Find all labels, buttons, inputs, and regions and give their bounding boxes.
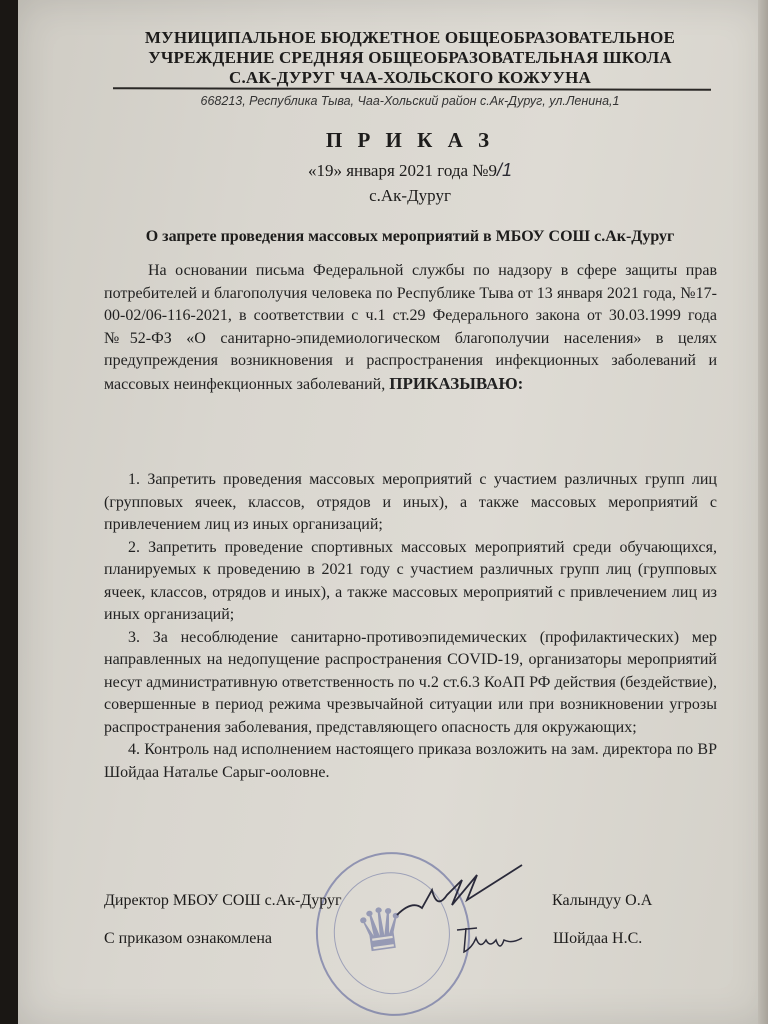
order-item: 4. Контроль над исполнением настоящего п… — [104, 739, 717, 784]
document-subject: О запрете проведения массовых мероприяти… — [100, 228, 720, 246]
preamble: На основании письма Федеральной службы п… — [104, 260, 717, 396]
order-word: ПРИКАЗЫВАЮ: — [389, 374, 523, 393]
page-edge — [758, 0, 768, 1024]
date-text: «19» января 2021 года №9 — [308, 161, 497, 180]
acknowledgement-signature — [452, 918, 532, 958]
director-label: Директор МБОУ СОШ с.Ак-Дуруг — [104, 892, 342, 910]
document-date: «19» января 2021 года №9/1 — [100, 160, 720, 181]
acknowledged-name: Шойдаа Н.С. — [553, 930, 642, 948]
letterhead: МУНИЦИПАЛЬНОЕ БЮДЖЕТНОЕ ОБЩЕОБРАЗОВАТЕЛЬ… — [100, 28, 720, 88]
document-place: с.Ак-Дуруг — [100, 186, 720, 206]
letterhead-line-3: С.АК-ДУРУГ ЧАА-ХОЛЬСКОГО КОЖУУНА — [100, 68, 720, 88]
order-items: 1. Запретить проведения массовых меропри… — [104, 469, 717, 784]
acknowledged-label: С приказом ознакомлена — [104, 930, 272, 948]
handwritten-number: /1 — [497, 160, 512, 180]
order-item: 2. Запретить проведение спортивных массо… — [104, 537, 717, 627]
letterhead-line-1: МУНИЦИПАЛЬНОЕ БЮДЖЕТНОЕ ОБЩЕОБРАЗОВАТЕЛЬ… — [100, 28, 720, 48]
document-title: П Р И К А З — [100, 128, 720, 153]
order-item: 3. За несоблюдение санитарно-противоэпид… — [104, 627, 717, 740]
letterhead-line-2: УЧРЕЖДЕНИЕ СРЕДНЯЯ ОБЩЕОБРАЗОВАТЕЛЬНАЯ Ш… — [100, 48, 720, 68]
order-item: 1. Запретить проведения массовых меропри… — [104, 469, 717, 537]
address: 668213, Республика Тыва, Чаа-Хольский ра… — [100, 94, 720, 108]
director-name: Калындуу О.А — [552, 892, 652, 910]
